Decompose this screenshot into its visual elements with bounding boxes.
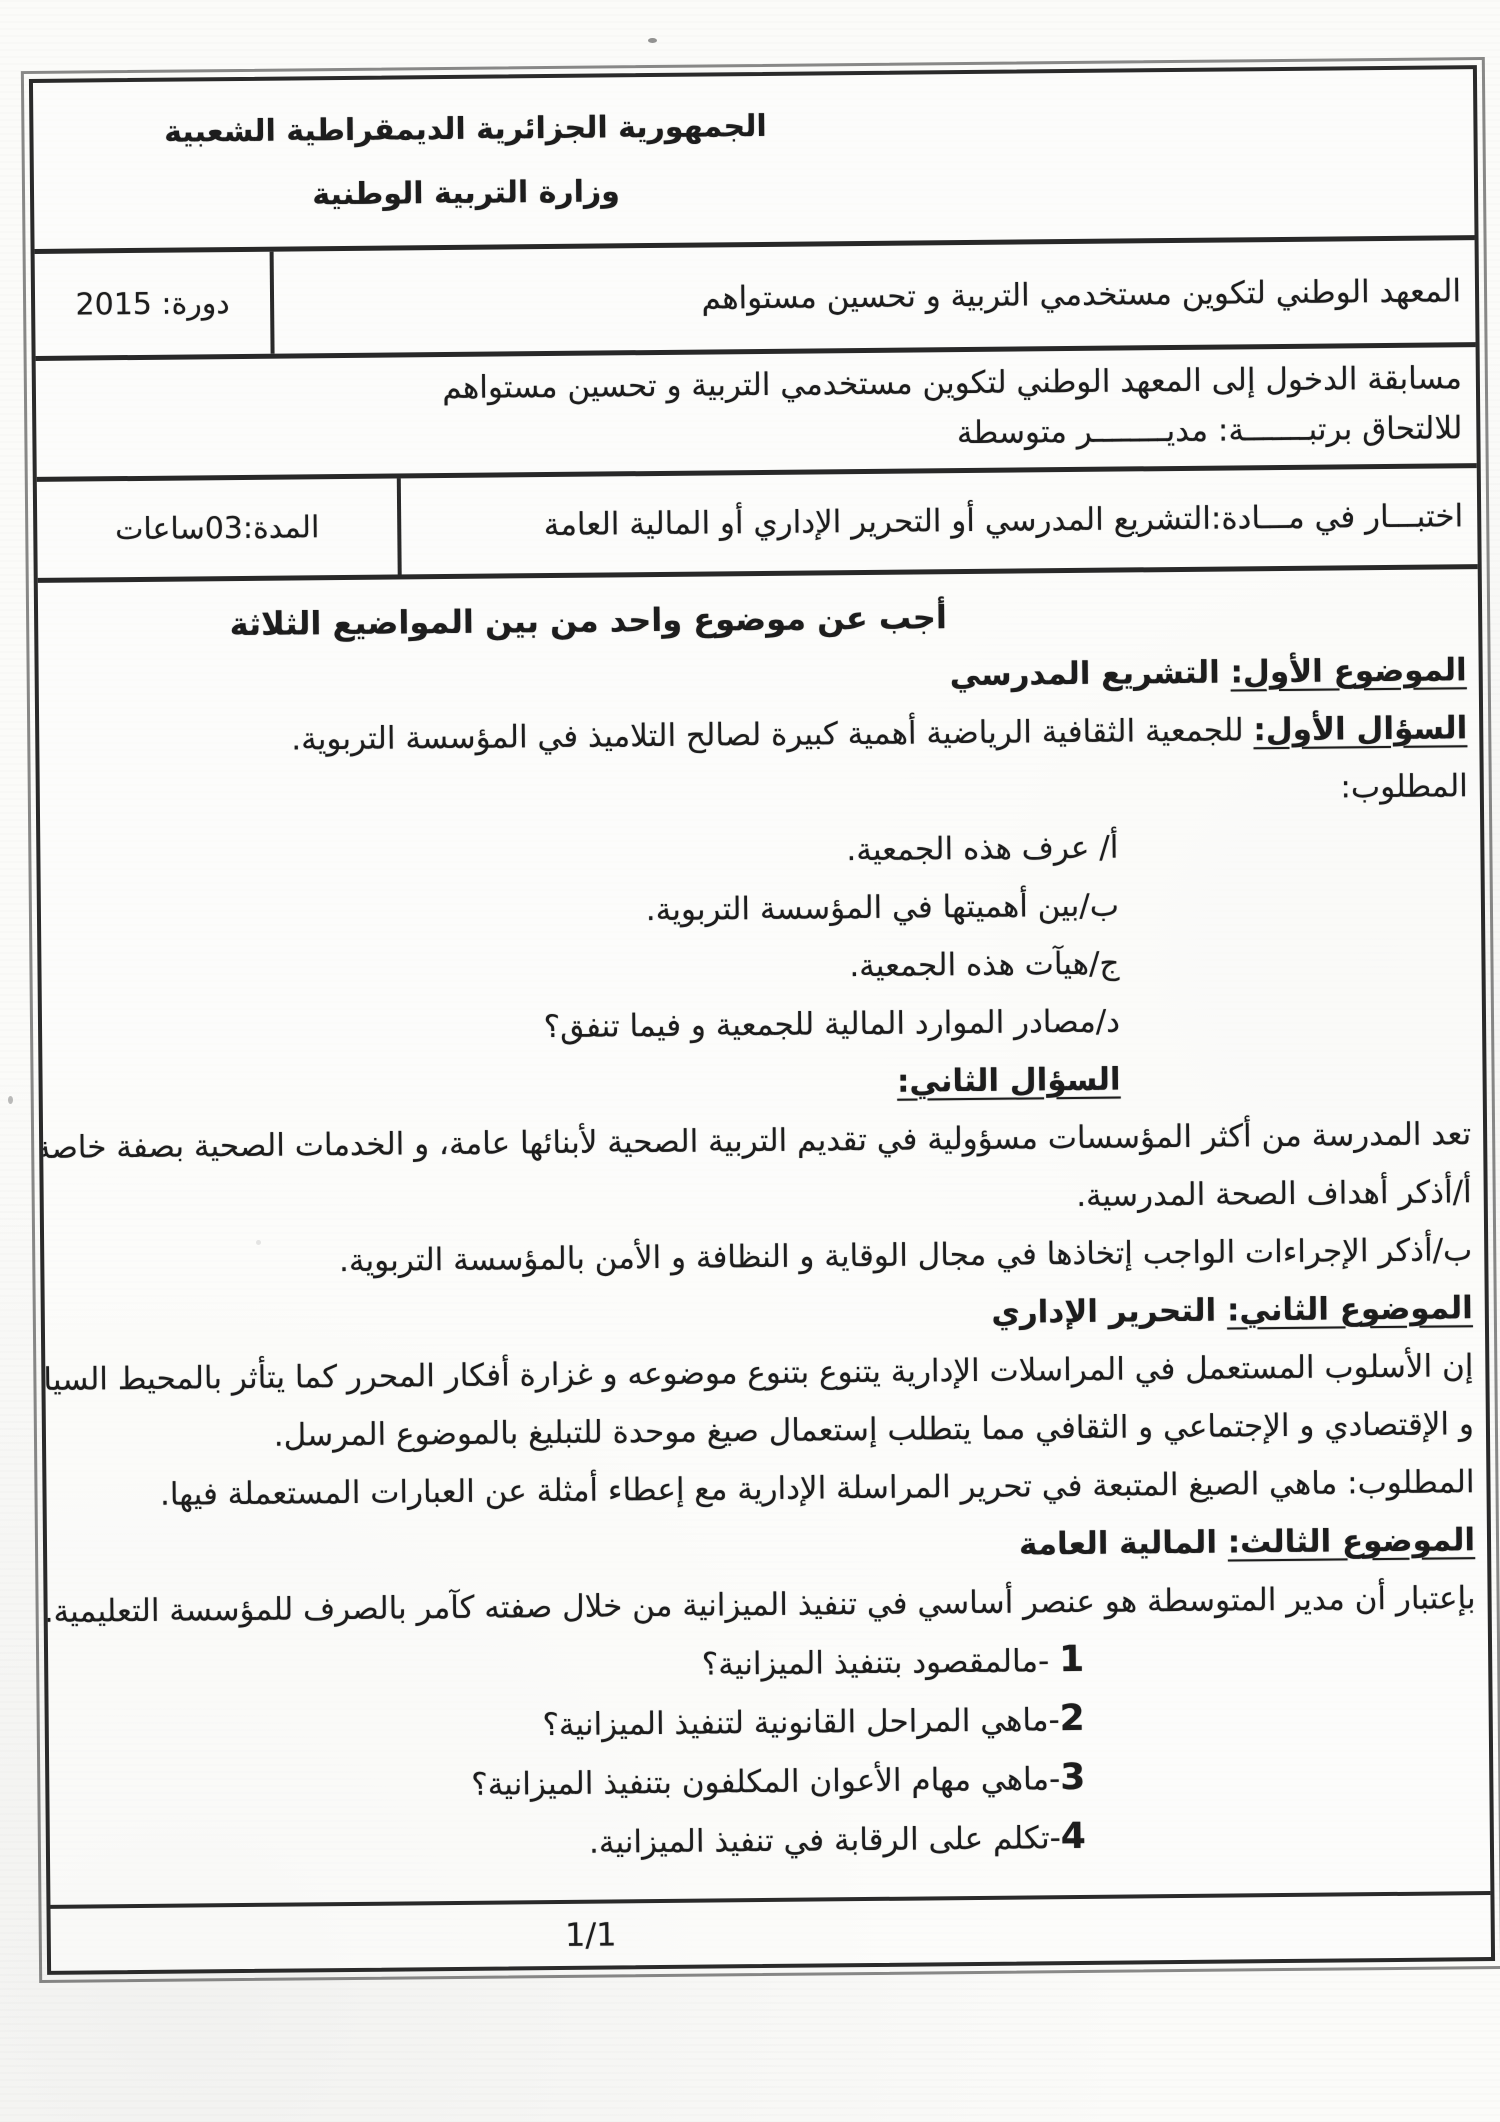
q1-item-b: ب/بين أهميتها في المؤسسة التربوية. — [53, 883, 1469, 935]
topic2-heading: الموضوع الثاني: التحرير الإداري — [57, 1289, 1473, 1341]
topic3-item-3: 3-ماهي مهام الأعوان المكلفون بتنفيذ المي… — [61, 1755, 1477, 1808]
topic2-required: المطلوب: ماهي الصيغ المتبعة في تحرير الم… — [58, 1463, 1474, 1515]
national-header: الجمهورية الجزائرية الديمقراطية الشعبية … — [33, 94, 898, 230]
exam-subject: اختبـــار في مـــادة:التشريع المدرسي أو … — [401, 468, 1478, 574]
exam-sheet-frame: الجمهورية الجزائرية الديمقراطية الشعبية … — [29, 65, 1495, 1975]
footer-row: 1/1 — [50, 1891, 1491, 1971]
item-number: 3 — [1060, 1759, 1085, 1797]
ministry-title: وزارة التربية الوطنية — [34, 158, 899, 230]
topic2-title: التحرير الإداري — [991, 1293, 1227, 1331]
exam-duration: المدة:03ساعات — [37, 478, 402, 577]
item-text: -تكلم على الرقابة في تنفيذ الميزانية. — [589, 1820, 1061, 1861]
topic2-para-line1: إن الأسلوب المستعمل في المراسلات الإداري… — [57, 1347, 1473, 1399]
item-text: -ماهي مهام الأعوان المكلفون بتنفيذ الميز… — [471, 1761, 1060, 1803]
topic3-label: الموضوع الثالث: — [1228, 1522, 1476, 1560]
topic3-title: المالية العامة — [1019, 1525, 1228, 1563]
q1-item-a: أ/ عرف هذه الجمعية. — [52, 825, 1468, 877]
q2-item-a: أ/أذكر أهداف الصحة المدرسية. — [56, 1173, 1472, 1225]
topic1-heading: الموضوع الأول: التشريع المدرسي — [51, 651, 1467, 703]
institute-row: المعهد الوطني لتكوين مستخدمي التربية و ت… — [35, 240, 1476, 361]
topic3-item-1: 1 -مالمقصود بتنفيذ الميزانية؟ — [60, 1637, 1476, 1690]
exam-body: أجب عن موضوع واحد من بين المواضيع الثلاث… — [38, 569, 1491, 1905]
scanned-exam-page: الجمهورية الجزائرية الديمقراطية الشعبية … — [0, 0, 1500, 2122]
topic2-label: الموضوع الثاني: — [1227, 1290, 1473, 1328]
topic3-intro: بإعتبار أن مدير المتوسطة هو عنصر أساسي ف… — [59, 1579, 1475, 1631]
topic1-label: الموضوع الأول: — [1230, 652, 1466, 690]
answer-instruction: أجب عن موضوع واحد من بين المواضيع الثلاث… — [50, 596, 1126, 644]
topic3-item-2: 2-ماهي المراحل القانونية لتنفيذ الميزاني… — [61, 1696, 1477, 1749]
q1-statement: السؤال الأول: للجمعية الثقافية الرياضية … — [51, 709, 1467, 761]
item-number: 1 — [1059, 1641, 1084, 1679]
competition-row: مسابقة الدخول إلى المعهد الوطني لتكوين م… — [36, 347, 1477, 482]
q2-heading: السؤال الثاني: — [54, 1057, 1470, 1109]
q1-item-d: د/مصادر الموارد المالية للجمعية و فيما ت… — [54, 999, 1470, 1051]
scan-speck — [648, 38, 657, 43]
scan-speck — [8, 1096, 13, 1104]
q2-label: السؤال الثاني: — [897, 1062, 1121, 1100]
required-label: المطلوب: — [52, 767, 1468, 819]
q1-item-c: ج/هيآت هذه الجمعية. — [53, 941, 1469, 993]
item-text: -ماهي المراحل القانونية لتنفيذ الميزانية… — [542, 1702, 1060, 1743]
item-number: 2 — [1059, 1700, 1084, 1738]
q2-item-b: ب/أذكر الإجراءات الواجب إتخاذها في مجال … — [56, 1231, 1472, 1283]
q1-label: السؤال الأول: — [1253, 710, 1467, 748]
topic3-item-4: 4-تكلم على الرقابة في تنفيذ الميزانية. — [62, 1814, 1478, 1867]
page-number: 1/1 — [51, 1911, 1131, 1959]
topic3-heading: الموضوع الثالث: المالية العامة — [59, 1521, 1475, 1573]
item-text: -مالمقصود بتنفيذ الميزانية؟ — [702, 1643, 1060, 1682]
national-header-row: الجمهورية الجزائرية الديمقراطية الشعبية … — [33, 69, 1475, 254]
institute-title: المعهد الوطني لتكوين مستخدمي التربية و ت… — [274, 240, 1476, 354]
q2-statement: تعد المدرسة من أكثر المؤسسات مسؤولية في … — [55, 1115, 1471, 1167]
topic2-para-line2: و الإقتصادي و الإجتماعي و الثقافي مما يت… — [58, 1405, 1474, 1457]
item-number: 4 — [1061, 1818, 1086, 1856]
exam-row: اختبـــار في مـــادة:التشريع المدرسي أو … — [37, 468, 1478, 583]
q1-text: للجمعية الثقافية الرياضية أهمية كبيرة لص… — [291, 712, 1253, 757]
session-cell: دورة: 2015 — [35, 252, 275, 356]
republic-title: الجمهورية الجزائرية الديمقراطية الشعبية — [33, 94, 898, 166]
topic1-title: التشريع المدرسي — [950, 654, 1231, 693]
